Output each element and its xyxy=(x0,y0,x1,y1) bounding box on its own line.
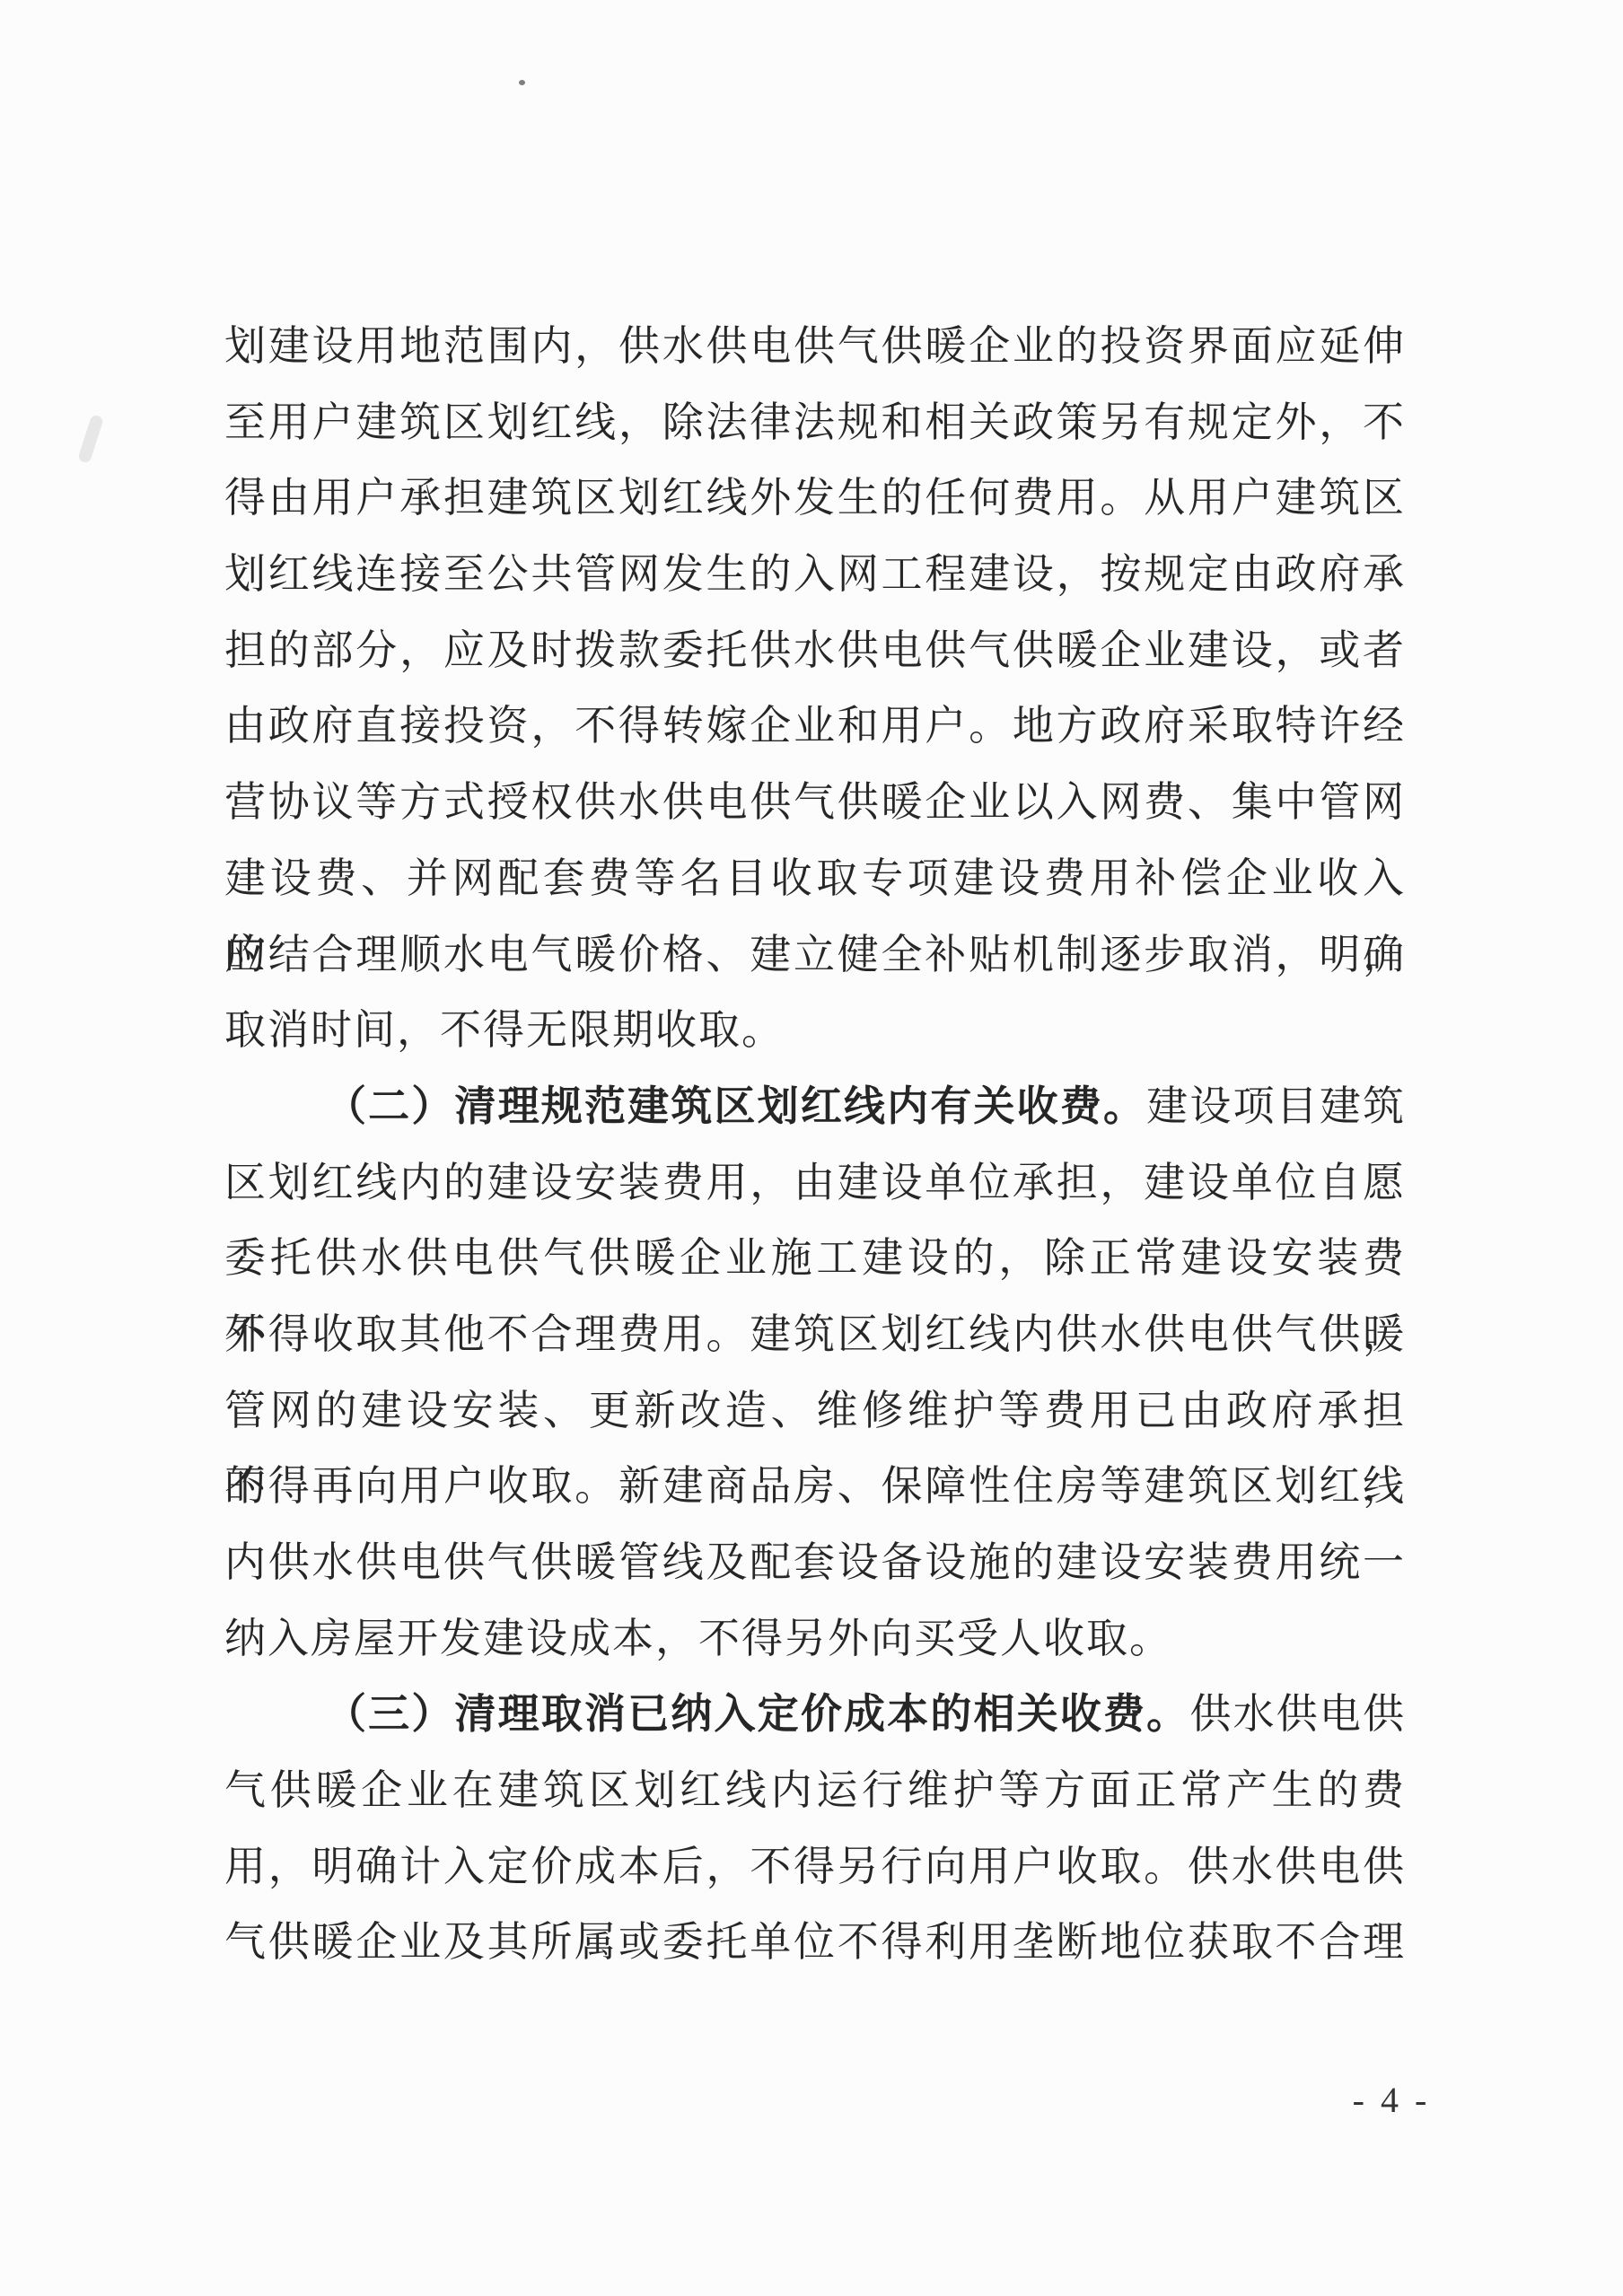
page-number: - 4 - xyxy=(1342,2081,1441,2120)
line-text: 划建设用地范围内，供水供电供气供暖企业的投资界面应延伸 xyxy=(224,323,1406,369)
text-line: 由政府直接投资，不得转嫁企业和用户。地方政府采取特许经 xyxy=(224,688,1406,765)
line-text: 至用户建筑区划红线，除法律法规和相关政策另有规定外，不 xyxy=(224,399,1406,445)
line-text: 营协议等方式授权供水供电供气供暖企业以入网费、集中管网 xyxy=(224,779,1406,825)
line-text: 应结合理顺水电气暖价格、建立健全补贴机制逐步取消，明确 xyxy=(224,932,1406,977)
line-text: 不得收取其他不合理费用。建筑区划红线内供水供电供气供暖 xyxy=(224,1311,1406,1357)
line-text: 气供暖企业及其所属或委托单位不得利用垄断地位获取不合理 xyxy=(224,1919,1406,1965)
text-line: 担的部分，应及时拨款委托供水供电供气供暖企业建设，或者 xyxy=(224,613,1406,689)
text-line: 划红线连接至公共管网发生的入网工程建设，按规定由政府承 xyxy=(224,537,1406,613)
text-line: 纳入房屋开发建设成本，不得另外向买受人收取。 xyxy=(224,1601,1406,1678)
document-page: 划建设用地范围内，供水供电供气供暖企业的投资界面应延伸至用户建筑区划红线，除法律… xyxy=(0,0,1623,2296)
text-line: 气供暖企业及其所属或委托单位不得利用垄断地位获取不合理 xyxy=(224,1905,1406,1981)
line-text: 取消时间，不得无限期收取。 xyxy=(224,1007,785,1053)
text-line: 不得收取其他不合理费用。建筑区划红线内供水供电供气供暖 xyxy=(224,1297,1406,1373)
text-line: 气供暖企业在建筑区划红线内运行维护等方面正常产生的费 xyxy=(224,1753,1406,1829)
line-text: 划红线连接至公共管网发生的入网工程建设，按规定由政府承 xyxy=(224,551,1406,597)
section-heading: （三）清理取消已纳入定价成本的相关收费。 xyxy=(325,1691,1189,1737)
text-line: 至用户建筑区划红线，除法律法规和相关政策另有规定外，不 xyxy=(224,385,1406,461)
text-line: 得由用户承担建筑区划红线外发生的任何费用。从用户建筑区 xyxy=(224,460,1406,537)
line-text: 供水供电供 xyxy=(1189,1691,1406,1737)
text-line: 用，明确计入定价成本后，不得另行向用户收取。供水供电供 xyxy=(224,1829,1406,1906)
text-lines: 划建设用地范围内，供水供电供气供暖企业的投资界面应延伸至用户建筑区划红线，除法律… xyxy=(224,309,1406,1981)
text-line: 委托供水供电供气供暖企业施工建设的，除正常建设安装费外， xyxy=(224,1221,1406,1297)
scan-smudge xyxy=(77,414,104,464)
line-text: 得由用户承担建筑区划红线外发生的任何费用。从用户建筑区 xyxy=(224,475,1406,521)
scan-speck xyxy=(519,80,525,85)
text-line: 营协议等方式授权供水供电供气供暖企业以入网费、集中管网 xyxy=(224,765,1406,841)
text-line: （三）清理取消已纳入定价成本的相关收费。供水供电供 xyxy=(224,1677,1406,1753)
text-line: 不得再向用户收取。新建商品房、保障性住房等建筑区划红线 xyxy=(224,1449,1406,1525)
line-text: 不得再向用户收取。新建商品房、保障性住房等建筑区划红线 xyxy=(224,1463,1406,1509)
line-text: 用，明确计入定价成本后，不得另行向用户收取。供水供电供 xyxy=(224,1844,1406,1889)
line-text: 纳入房屋开发建设成本，不得另外向买受人收取。 xyxy=(224,1616,1172,1661)
text-line: 取消时间，不得无限期收取。 xyxy=(224,993,1406,1069)
line-text: 由政府直接投资，不得转嫁企业和用户。地方政府采取特许经 xyxy=(224,703,1406,749)
line-text: 内供水供电供气供暖管线及配套设备设施的建设安装费用统一 xyxy=(224,1539,1406,1585)
text-line: 管网的建设安装、更新改造、维修维护等费用已由政府承担的， xyxy=(224,1373,1406,1450)
section-heading: （二）清理规范建筑区划红线内有关收费。 xyxy=(325,1083,1146,1129)
text-line: 建设费、并网配套费等名目收取专项建设费用补偿企业收入的， xyxy=(224,841,1406,917)
text-line: 应结合理顺水电气暖价格、建立健全补贴机制逐步取消，明确 xyxy=(224,917,1406,994)
text-line: 划建设用地范围内，供水供电供气供暖企业的投资界面应延伸 xyxy=(224,309,1406,385)
text-line: （二）清理规范建筑区划红线内有关收费。建设项目建筑 xyxy=(224,1069,1406,1145)
line-text: 担的部分，应及时拨款委托供水供电供气供暖企业建设，或者 xyxy=(224,627,1406,673)
line-text: 建设项目建筑 xyxy=(1146,1083,1406,1129)
text-line: 内供水供电供气供暖管线及配套设备设施的建设安装费用统一 xyxy=(224,1525,1406,1601)
text-line: 区划红线内的建设安装费用，由建设单位承担，建设单位自愿 xyxy=(224,1145,1406,1222)
line-text: 区划红线内的建设安装费用，由建设单位承担，建设单位自愿 xyxy=(224,1160,1406,1205)
line-text: 气供暖企业在建筑区划红线内运行维护等方面正常产生的费 xyxy=(224,1767,1406,1813)
